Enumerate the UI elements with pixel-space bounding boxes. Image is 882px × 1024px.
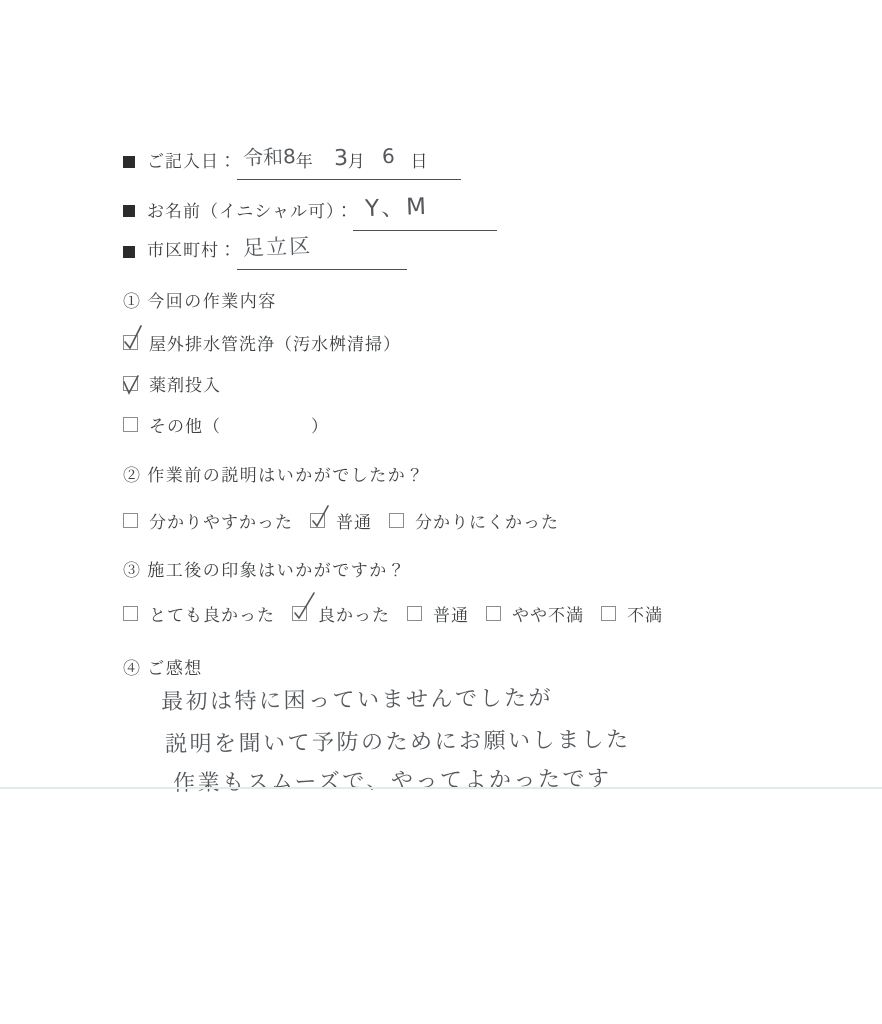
date-era-unit: 年 bbox=[296, 147, 314, 172]
date-month-unit: 月 bbox=[348, 147, 366, 172]
checkbox-dissatisfied[interactable] bbox=[601, 606, 616, 621]
q3-option-label: 良かった bbox=[318, 601, 390, 626]
checkbox-very-good[interactable] bbox=[123, 606, 138, 621]
date-row: ご記入日： 令和8 年 3 月 6 日 bbox=[123, 144, 461, 180]
q3-options-row: とても良かった 良かった 普通 やや不満 不満 bbox=[123, 601, 663, 626]
date-day-unit: 日 bbox=[410, 147, 428, 172]
checkbox-somewhat-dissatisfied[interactable] bbox=[486, 606, 501, 621]
name-label: お名前（イニシャル可）： bbox=[147, 197, 353, 222]
checkbox-chemical-dosing[interactable] bbox=[123, 376, 138, 391]
date-label: ご記入日： bbox=[147, 147, 237, 172]
date-day-value: 6 bbox=[381, 144, 395, 168]
checkmark-icon bbox=[292, 591, 318, 621]
q1-option-label: 屋外排水管洗浄（汚水桝清掃） bbox=[149, 330, 401, 355]
q3-option-label: やや不満 bbox=[512, 601, 584, 626]
q3-title-row: ③ 施工後の印象はいかがですか？ bbox=[123, 556, 406, 581]
q3-option-label: 不満 bbox=[627, 601, 663, 626]
checkmark-icon bbox=[122, 374, 142, 398]
checkbox-normal-explanation[interactable] bbox=[310, 513, 325, 528]
checkmark-icon bbox=[311, 504, 333, 529]
q4-title-row: ④ ご感想 bbox=[123, 654, 203, 679]
q3-title: ③ 施工後の印象はいかがですか？ bbox=[123, 556, 406, 581]
comment-line: 説明を聞いて予防のためにお願いしました bbox=[165, 723, 631, 759]
q1-option-row: 屋外排水管洗浄（汚水桝清掃） bbox=[123, 330, 401, 355]
name-row: お名前（イニシャル可）： Y、M bbox=[123, 191, 497, 231]
q2-title-row: ② 作業前の説明はいかがでしたか？ bbox=[123, 461, 425, 486]
square-bullet-icon bbox=[123, 246, 135, 258]
checkbox-good[interactable] bbox=[292, 606, 307, 621]
city-value: 足立区 bbox=[242, 230, 312, 262]
q1-option-row: その他（ ） bbox=[123, 412, 329, 437]
q1-option-label: その他（ ） bbox=[149, 412, 329, 437]
checkbox-hard-to-understand[interactable] bbox=[389, 513, 404, 528]
date-era-value: 令和8 bbox=[243, 140, 297, 171]
checkbox-outdoor-drain-cleaning[interactable] bbox=[123, 335, 138, 350]
city-label: 市区町村： bbox=[147, 236, 237, 261]
q3-option-label: 普通 bbox=[433, 601, 469, 626]
q2-options-row: 分かりやすかった 普通 分かりにくかった bbox=[123, 508, 559, 533]
city-field[interactable]: 足立区 bbox=[237, 233, 407, 270]
q1-option-row: 薬剤投入 bbox=[123, 371, 221, 396]
q2-option-label: 普通 bbox=[336, 508, 372, 533]
q1-option-label: 薬剤投入 bbox=[149, 371, 221, 396]
date-month-value: 3 bbox=[333, 146, 348, 171]
q2-title: ② 作業前の説明はいかがでしたか？ bbox=[123, 461, 425, 486]
checkbox-normal-impression[interactable] bbox=[407, 606, 422, 621]
square-bullet-icon bbox=[123, 156, 135, 168]
date-field[interactable]: 令和8 年 3 月 6 日 bbox=[237, 144, 461, 180]
scan-artifact-line bbox=[0, 787, 882, 789]
checkbox-easy-to-understand[interactable] bbox=[123, 513, 138, 528]
checkmark-icon bbox=[122, 323, 146, 351]
comment-line: 作業もスムーズで、やってよかったです bbox=[173, 762, 612, 798]
name-field[interactable]: Y、M bbox=[353, 191, 497, 231]
q1-title: ① 今回の作業内容 bbox=[123, 287, 277, 312]
q2-option-label: 分かりやすかった bbox=[149, 508, 293, 533]
comment-line: 最初は特に困っていませんでしたが bbox=[161, 681, 553, 716]
square-bullet-icon bbox=[123, 205, 135, 217]
q3-option-label: とても良かった bbox=[149, 601, 275, 626]
name-value: Y、M bbox=[365, 188, 429, 223]
q2-option-label: 分かりにくかった bbox=[415, 508, 559, 533]
checkbox-other[interactable] bbox=[123, 417, 138, 432]
city-row: 市区町村： 足立区 bbox=[123, 233, 407, 270]
scanned-survey-form: ご記入日： 令和8 年 3 月 6 日 お名前（イニシャル可）： Y、M 市区町… bbox=[0, 0, 882, 1024]
q4-title: ④ ご感想 bbox=[123, 654, 203, 679]
q1-title-row: ① 今回の作業内容 bbox=[123, 287, 277, 312]
